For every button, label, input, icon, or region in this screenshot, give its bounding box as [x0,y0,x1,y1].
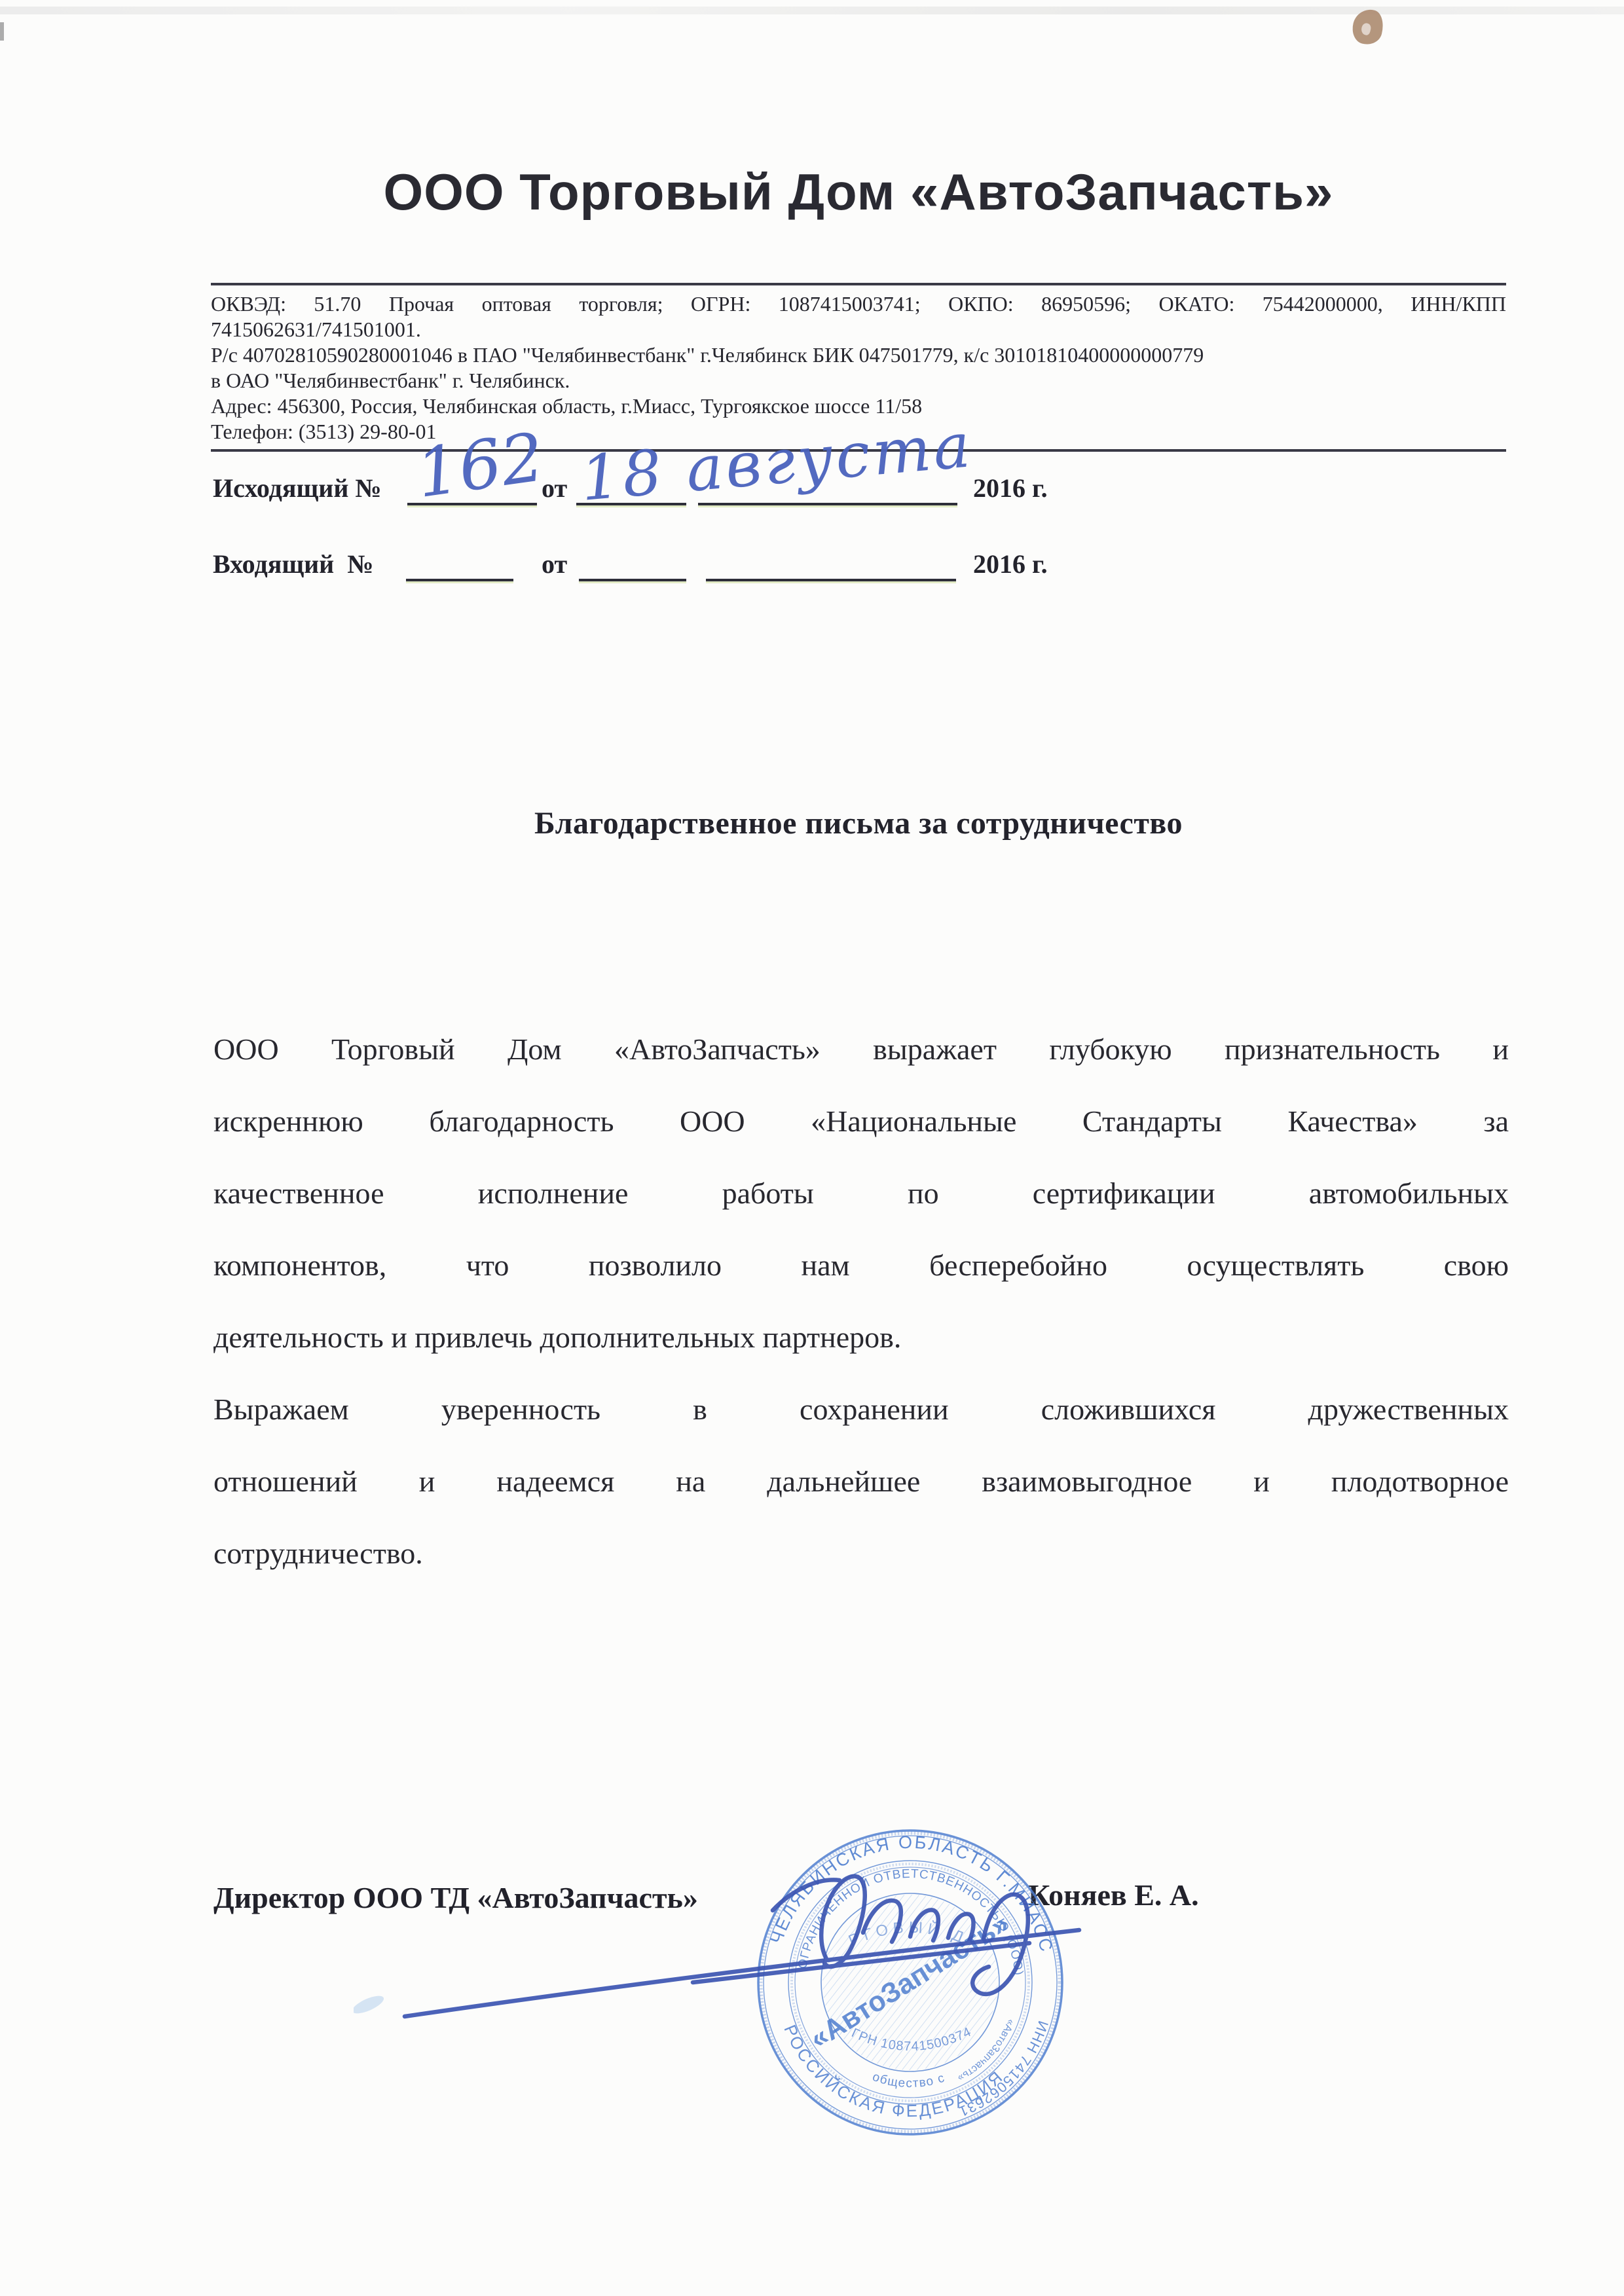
handwritten-outgoing-number: 162 [412,418,549,513]
incoming-month-blank [706,579,956,581]
incoming-number-blank [406,579,513,581]
body-line: компонентов, что позволило нам бесперебо… [213,1230,1509,1302]
requisites-line: ОКВЭД: 51.70 Прочая оптовая торговля; ОГ… [211,291,1506,317]
stamp-society-text: общество с [870,2070,947,2090]
requisites-line: Адрес: 456300, Россия, Челябинская облас… [211,393,1506,419]
svg-text:общество с: общество с [870,2070,947,2090]
outgoing-year: 2016 г. [973,473,1048,503]
incoming-label: Входящий № [213,549,373,579]
body-line: искреннюю благодарность ООО «Национальны… [213,1085,1509,1157]
incoming-date-blank [579,579,686,581]
ink-smudge [354,1992,386,2017]
scan-artifact-band [0,7,1624,14]
company-title: ООО Торговый Дом «АвтоЗапчасть» [211,162,1506,222]
outgoing-label: Исходящий № [213,473,382,503]
incoming-year: 2016 г. [973,549,1048,579]
body-line: отношений и надеемся на дальнейшее взаим… [213,1446,1509,1518]
body-line: качественное исполнение работы по сертиф… [213,1157,1509,1230]
requisites-line: 7415062631/741501001. [211,317,1506,342]
scanned-letter-page: ООО Торговый Дом «АвтоЗапчасть» ОКВЭД: 5… [0,0,1624,2296]
body-line: деятельность и привлечь дополнительных п… [213,1302,1509,1374]
body-line: сотрудничество. [213,1518,1509,1590]
letter-body: ООО Торговый Дом «АвтоЗапчасть» выражает… [213,1013,1509,1590]
letter-subject: Благодарственное письма за сотрудничеств… [211,805,1506,841]
requisites-line: Р/с 40702810590280001046 в ПАО "Челябинв… [211,342,1506,368]
body-line: ООО Торговый Дом «АвтоЗапчасть» выражает… [213,1013,1509,1085]
scan-edge-mark [0,22,4,41]
incoming-from-label: от [542,549,567,579]
outgoing-month-blank [698,503,957,505]
body-line: Выражаем уверенность в сохранении сложив… [213,1374,1509,1446]
requisites-line: в ОАО "Челябинвестбанк" г. Челябинск. [211,368,1506,393]
director-signature [354,1853,1113,2056]
